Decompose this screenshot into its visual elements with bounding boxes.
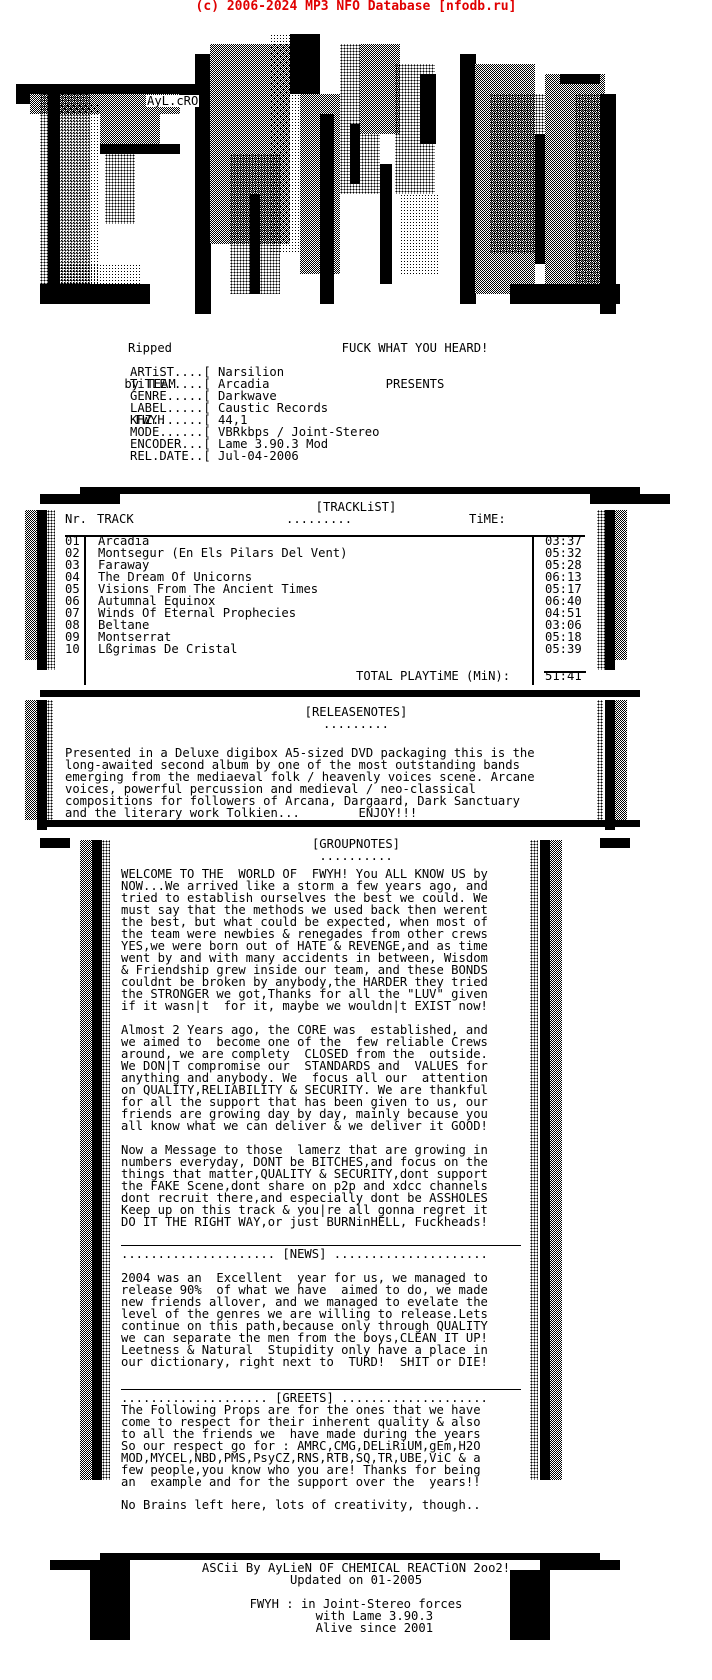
logo-pixel	[605, 700, 615, 830]
logo-pixel	[605, 510, 615, 670]
logo-pixel	[25, 510, 37, 660]
greets-text: The Following Props are for the ones tha…	[121, 1404, 481, 1488]
greets-closing: No Brains left here, lots of creativity,…	[121, 1499, 481, 1511]
greets-line: an example and for the support over the …	[121, 1476, 481, 1488]
logo-pixel	[320, 114, 334, 304]
logo-pixel	[560, 74, 600, 84]
logo-pixel	[290, 34, 320, 94]
release-info: ARTiST....[ NarsilionTiTLE.....[ Arcadia…	[130, 366, 379, 462]
presents-line: FUCK WHAT YOU HEARD!	[330, 342, 500, 354]
news-text: 2004 was an Excellent year for us, we ma…	[121, 1272, 488, 1368]
total-playtime-label: TOTAL PLAYTiME (MiN):	[356, 670, 510, 682]
groupnotes-line: if it wasn|t for it, maybe we wouldn|t E…	[121, 1000, 488, 1012]
releasenotes-line: and the literary work Tolkien... ENJOY!!…	[65, 807, 535, 819]
logo-pixel	[37, 700, 47, 830]
logo-pixel	[600, 94, 616, 314]
logo-pixel	[250, 194, 260, 294]
logo-pixel	[48, 94, 60, 304]
tracklist-dots: .........	[286, 513, 352, 525]
logo-pixel	[540, 840, 550, 1480]
groupnotes-text: WELCOME TO THE WORLD OF FWYH! You ALL KN…	[121, 868, 488, 1228]
logo-pixel	[60, 264, 140, 284]
logo-pixel	[47, 700, 53, 820]
fwyh-ascii-logo-icon	[0, 14, 712, 314]
logo-pixel	[380, 164, 392, 284]
ripped-line: Ripped	[110, 342, 190, 354]
col-time: TiME:	[469, 513, 506, 525]
logo-pixel	[92, 840, 102, 1480]
info-row: REL.DATE..[ Jul-04-2006	[130, 450, 379, 462]
logo-signature: AyL.cRO	[146, 95, 199, 107]
logo-pixel	[550, 840, 562, 1480]
logo-pixel	[37, 510, 47, 670]
track-number: 10	[65, 643, 80, 655]
logo-pixel	[40, 284, 150, 304]
logo-pixel	[590, 494, 670, 504]
logo-pixel	[597, 510, 605, 670]
groupnotes-line: all know what we can deliver & we delive…	[121, 1120, 488, 1132]
logo-pixel	[530, 840, 538, 1480]
logo-pixel	[100, 144, 180, 154]
logo-pixel	[40, 838, 70, 848]
logo-pixel	[195, 54, 211, 314]
logo-pixel	[90, 1570, 130, 1640]
logo-pixel	[615, 700, 627, 820]
logo-pixel	[40, 494, 120, 504]
logo-pixel	[510, 284, 620, 304]
groupnotes-line: DO IT THE RIGHT WAY,or just BURNinHELL, …	[121, 1216, 488, 1228]
logo-pixel	[40, 820, 640, 827]
logo-pixel	[600, 838, 630, 848]
track-title: Lßgrimas De Cristal	[98, 643, 237, 655]
news-line: our dictionary, right next to TURD! SHIT…	[121, 1356, 488, 1368]
logo-pixel	[50, 1560, 130, 1570]
logo-pixel	[40, 690, 640, 697]
info-value: Jul-04-2006	[211, 449, 299, 463]
logo-pixel	[105, 154, 135, 224]
col-track: TRACK	[97, 513, 134, 525]
total-playtime-value: 51:41	[545, 670, 582, 682]
logo-pixel	[420, 74, 436, 144]
logo-pixel	[360, 44, 400, 134]
logo-pixel	[100, 114, 160, 144]
logo-pixel	[540, 1560, 620, 1570]
logo-pixel	[100, 1553, 600, 1560]
info-label: REL.DATE..[	[130, 449, 211, 463]
logo-pixel	[597, 700, 603, 820]
track-time: 05:39	[545, 643, 582, 655]
logo-pixel	[350, 124, 360, 184]
logo-pixel	[25, 700, 37, 820]
releasenotes-text: Presented in a Deluxe digibox A5-sized D…	[65, 747, 535, 819]
logo-pixel	[47, 510, 55, 670]
news-title: ..................... [NEWS] ...........…	[121, 1248, 488, 1260]
logo-pixel	[615, 510, 627, 660]
logo-pixel	[102, 840, 110, 1480]
logo-pixel	[510, 1570, 550, 1640]
copyright-banner: (c) 2006-2024 MP3 NFO Database [nfodb.ru…	[0, 0, 712, 14]
logo-pixel	[80, 840, 92, 1480]
logo-pixel	[400, 194, 440, 274]
logo-pixel	[460, 54, 476, 304]
logo-pixel	[80, 487, 640, 494]
col-nr: Nr.	[65, 513, 87, 525]
